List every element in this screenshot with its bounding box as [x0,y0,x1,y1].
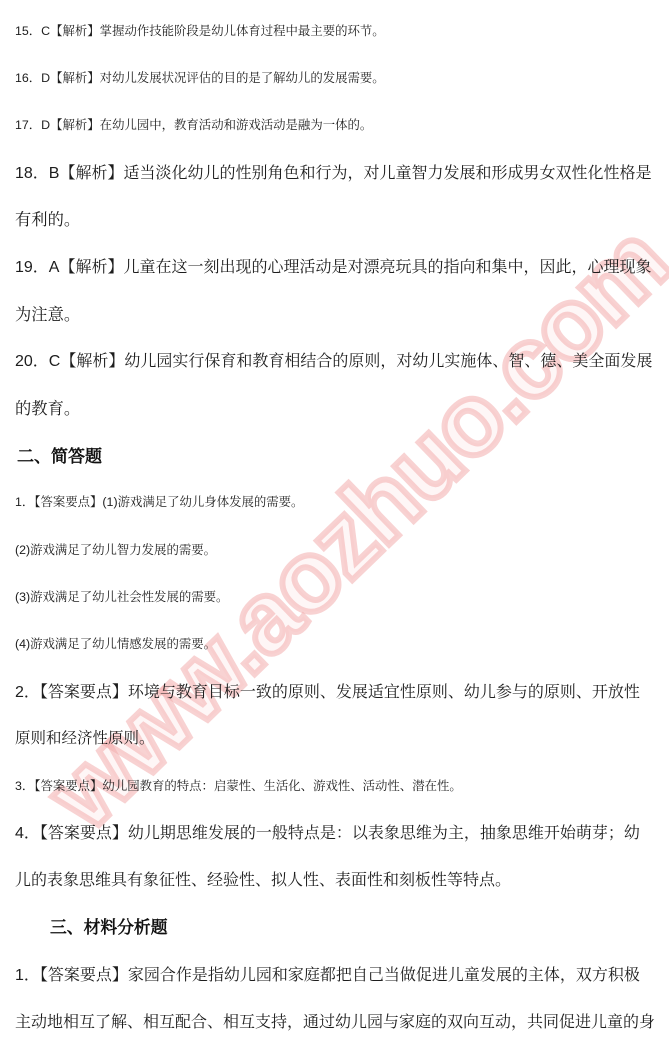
text-line: 15．C【解析】掌握动作技能阶段是幼儿体育过程中最主要的环节。 [15,6,663,53]
text-line: 1．【答案要点】(1)游戏满足了幼儿身体发展的需要。 [15,478,663,525]
text-line: (4)游戏满足了幼儿情感发展的需要。 [15,619,663,666]
section-heading: 二、简答题 [15,431,663,478]
text-line: 17．D【解析】在幼儿园中，教育活动和游戏活动是融为一体的。 [15,100,663,147]
text-line: 18．B【解析】适当淡化幼儿的性别角色和行为，对儿童智力发展和形成男女双性化性格… [15,148,663,195]
text-line: 的教育。 [15,384,663,431]
text-line: 为注意。 [15,289,663,336]
text-line: 有利的。 [15,195,663,242]
text-line: 2．【答案要点】环境与教育目标一致的原则、发展适宜性原则、幼儿参与的原则、开放性 [15,667,663,714]
text-line: 16．D【解析】对幼儿发展状况评估的目的是了解幼儿的发展需要。 [15,53,663,100]
section-heading: 三、材料分析题 [15,903,663,950]
text-line: 原则和经济性原则。 [15,714,663,761]
text-line: 4．【答案要点】幼儿期思维发展的一般特点是：以表象思维为主，抽象思维开始萌芽；幼 [15,808,663,855]
text-line: 3．【答案要点】幼儿园教育的特点：启蒙性、生活化、游戏性、活动性、潜在性。 [15,761,663,808]
text-line: 20．C【解析】幼儿园实行保育和教育相结合的原则，对幼儿实施体、智、德、美全面发… [15,336,663,383]
text-line: 1．【答案要点】家园合作是指幼儿园和家庭都把自己当做促进儿童发展的主体，双方积极 [15,950,663,997]
text-line: 19．A【解析】儿童在这一刻出现的心理活动是对漂亮玩具的指向和集中，因此，心理现… [15,242,663,289]
document-page: www.aozhuo.com 15．C【解析】掌握动作技能阶段是幼儿体育过程中最… [0,0,669,1055]
text-line: (3)游戏满足了幼儿社会性发展的需要。 [15,572,663,619]
text-line: 儿的表象思维具有象征性、经验性、拟人性、表面性和刻板性等特点。 [15,855,663,902]
text-line: 主动地相互了解、相互配合、相互支持，通过幼儿园与家庭的双向互动，共同促进儿童的身 [15,997,663,1044]
text-line: (2)游戏满足了幼儿智力发展的需要。 [15,525,663,572]
answer-key-text: 15．C【解析】掌握动作技能阶段是幼儿体育过程中最主要的环节。16．D【解析】对… [15,6,663,1044]
